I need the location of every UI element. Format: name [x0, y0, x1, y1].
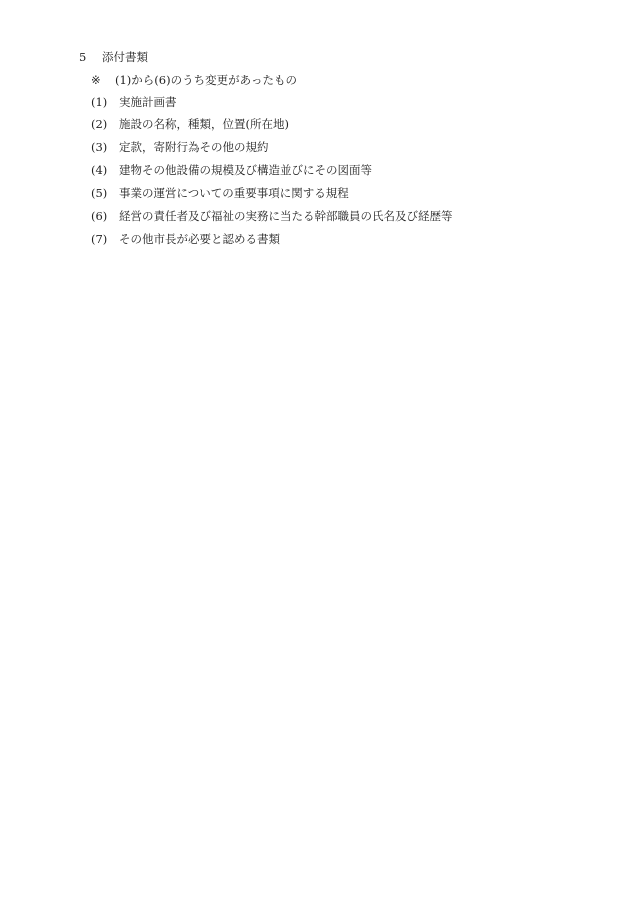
section-title: 添付書類	[102, 49, 148, 65]
list-item-text: 実施計画書	[119, 94, 177, 110]
note-text: (1)から(6)のうち変更があったもの	[115, 72, 297, 88]
list-item-number: (3)	[91, 139, 107, 155]
list-item-text: 定款，寄附行為その他の規約	[119, 139, 269, 155]
list-item-text: 経営の責任者及び福祉の実務に当たる幹部職員の氏名及び経歴等	[119, 208, 453, 224]
list-item-number: (5)	[91, 185, 107, 201]
list-item-number: (1)	[91, 94, 107, 110]
list-item-number: (2)	[91, 116, 107, 132]
list-item-number: (4)	[91, 162, 107, 178]
list-item-text: 事業の運営についての重要事項に関する規程	[119, 185, 349, 201]
list-item-number: (6)	[91, 208, 107, 224]
list-item-text: 建物その他設備の規模及び構造並びにその図面等	[119, 162, 372, 178]
list-item-text: その他市長が必要と認める書類	[119, 231, 280, 247]
list-item-number: (7)	[91, 231, 107, 247]
section-number: 5	[79, 49, 86, 65]
document-page: 5 添付書類 ※ (1)から(6)のうち変更があったもの (1) 実施計画書 (…	[0, 0, 630, 903]
list-item-text: 施設の名称，種類，位置(所在地)	[119, 116, 289, 132]
note-mark: ※	[91, 72, 101, 88]
